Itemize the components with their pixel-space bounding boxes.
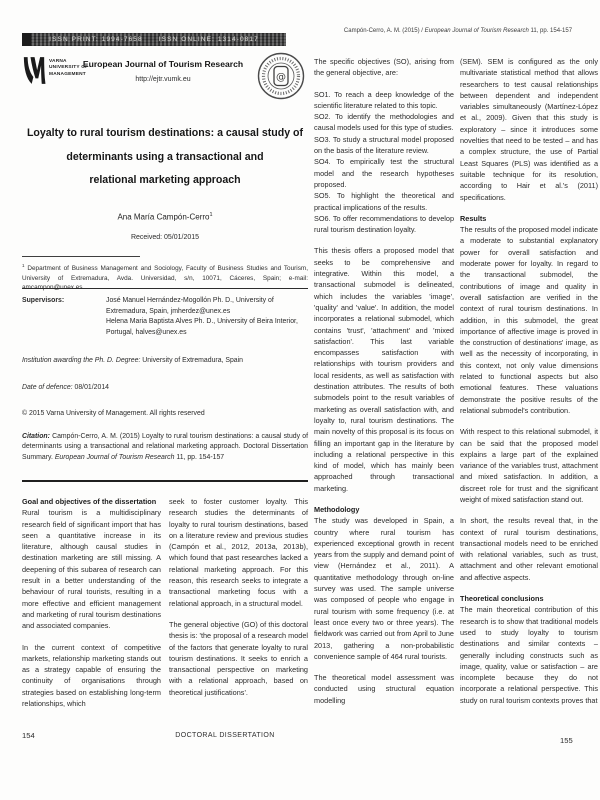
supervisors-list: José Manuel Hernández-Mogollón Ph. D., U… <box>106 296 308 338</box>
received-date: Received: 05/01/2015 <box>22 234 308 241</box>
issn-print: ISSN PRINT: 1994-7658 <box>49 36 143 43</box>
footer-section-label: DOCTORAL DISSERTATION <box>95 732 355 739</box>
issn-online: ISSN ONLINE: 1314-0817 <box>159 36 259 43</box>
citation-journal: European Journal of Tourism Research <box>55 454 175 461</box>
specific-objective-2: SO2. To identify the methodologies and c… <box>314 111 454 134</box>
specific-objective-3: SO3. To study a structural model propose… <box>314 134 454 157</box>
theoretical-conclusions-heading: Theoretical conclusions <box>460 593 598 604</box>
specific-objectives-intro: The specific objectives (SO), arising fr… <box>314 56 454 79</box>
defence-value: 08/01/2014 <box>73 384 109 391</box>
svg-text:@: @ <box>276 72 286 83</box>
results-paragraph-2: With respect to this relational submodel… <box>460 426 598 505</box>
supervisor-1: José Manuel Hernández-Mogollón Ph. D., U… <box>106 296 308 317</box>
results-paragraph-3: In short, the results reveal that, in th… <box>460 515 598 583</box>
issn-bar: ISSN PRINT: 1994-7658 ISSN ONLINE: 1314-… <box>22 33 286 46</box>
page-number-left: 154 <box>22 731 35 740</box>
defence-date-line: Date of defence: 08/01/2014 <box>22 384 308 391</box>
author-name-text: Ana María Campón-Cerro <box>117 213 209 222</box>
institution-value: University of Extremadura, Spain <box>140 357 243 364</box>
supervisors-label: Supervisors: <box>22 296 64 307</box>
journal-masthead: Varna University of Management European … <box>22 52 308 110</box>
results-paragraph-1: The results of the proposed model indica… <box>460 224 598 416</box>
journal-header: European Journal of Tourism Research htt… <box>80 59 246 83</box>
article-title-line2: determinants using a transactional and <box>22 146 308 170</box>
left-page-column-2: seek to foster customer loyalty. This re… <box>169 496 308 698</box>
goal-paragraph-2: In the current context of competitive ma… <box>22 642 161 710</box>
footnote-mark: 1 <box>22 263 25 268</box>
results-heading: Results <box>460 213 598 224</box>
running-header-journal: European Journal of Tourism Research <box>425 28 529 34</box>
running-header-pages: 11, pp. 154-157 <box>529 28 572 34</box>
article-title-line1: Loyalty to rural tourism destinations: a… <box>22 122 308 146</box>
journal-title: European Journal of Tourism Research <box>80 59 246 69</box>
divider-rule-top <box>22 288 308 289</box>
methodology-heading: Methodology <box>314 504 454 515</box>
institution-line: Institution awarding the Ph. D. Degree: … <box>22 357 308 364</box>
university-name-line1: Varna <box>49 59 67 64</box>
copyright-line: © 2015 Varna University of Management. A… <box>22 410 308 417</box>
article-title-line3: relational marketing approach <box>22 169 308 193</box>
citation-label: Citation: <box>22 433 50 440</box>
defence-label: Date of defence: <box>22 384 73 391</box>
university-logo: Varna University of Management <box>22 56 88 86</box>
journal-url: http://ejtr.vumk.eu <box>80 76 246 83</box>
citation-text-2: 11, pp. 154-157 <box>174 454 224 461</box>
page-number-right: 155 <box>560 736 573 745</box>
specific-objective-6: SO6. To offer recommendations to develop… <box>314 213 454 236</box>
footnote-rule <box>22 256 140 257</box>
right-page-column-2: (SEM). SEM is configured as the only mul… <box>460 56 598 706</box>
author-name: Ana María Campón-Cerro1 <box>22 212 308 222</box>
specific-objective-5: SO5. To highlight the theoretical and pr… <box>314 190 454 213</box>
institution-label: Institution awarding the Ph. D. Degree: <box>22 357 140 364</box>
running-header-authors: Campón-Cerro, A. M. (2015) / <box>344 28 425 34</box>
goal-section-heading: Goal and objectives of the dissertation <box>22 496 161 507</box>
specific-objective-4: SO4. To empirically test the structural … <box>314 156 454 190</box>
specific-objective-1: SO1. To reach a deep knowledge of the sc… <box>314 89 454 112</box>
goal-paragraph-3: seek to foster customer loyalty. This re… <box>169 496 308 609</box>
methodology-paragraph-1: The study was developed in Spain, a coun… <box>314 515 454 662</box>
goal-paragraph-1: Rural tourism is a multidisciplinary res… <box>22 507 161 631</box>
goal-paragraph-4: The general objective (GO) of this docto… <box>169 619 308 698</box>
divider-rule-thick <box>22 480 308 482</box>
university-logo-icon <box>22 56 46 86</box>
model-paragraph: This thesis offers a proposed model that… <box>314 245 454 494</box>
left-page-column-1: Goal and objectives of the dissertation … <box>22 496 161 709</box>
citation-block: Citation: Campón-Cerro, A. M. (2015) Loy… <box>22 432 308 463</box>
theoretical-conclusions-paragraph: The main theoretical contribution of thi… <box>460 604 598 706</box>
right-page-column-1: The specific objectives (SO), arising fr… <box>314 56 454 706</box>
sem-paragraph: (SEM). SEM is configured as the only mul… <box>460 56 598 203</box>
article-title: Loyalty to rural tourism destinations: a… <box>22 122 308 193</box>
journal-seal-icon: @ <box>256 50 306 107</box>
supervisors-block: Supervisors: José Manuel Hernández-Mogol… <box>22 296 308 338</box>
methodology-paragraph-2: The theoretical model assessment was con… <box>314 672 454 706</box>
supervisor-2: Helena Maria Baptista Alves Ph. D., Univ… <box>106 317 308 338</box>
running-header: Campón-Cerro, A. M. (2015) / European Jo… <box>318 28 598 34</box>
author-footnote-mark: 1 <box>209 212 212 218</box>
